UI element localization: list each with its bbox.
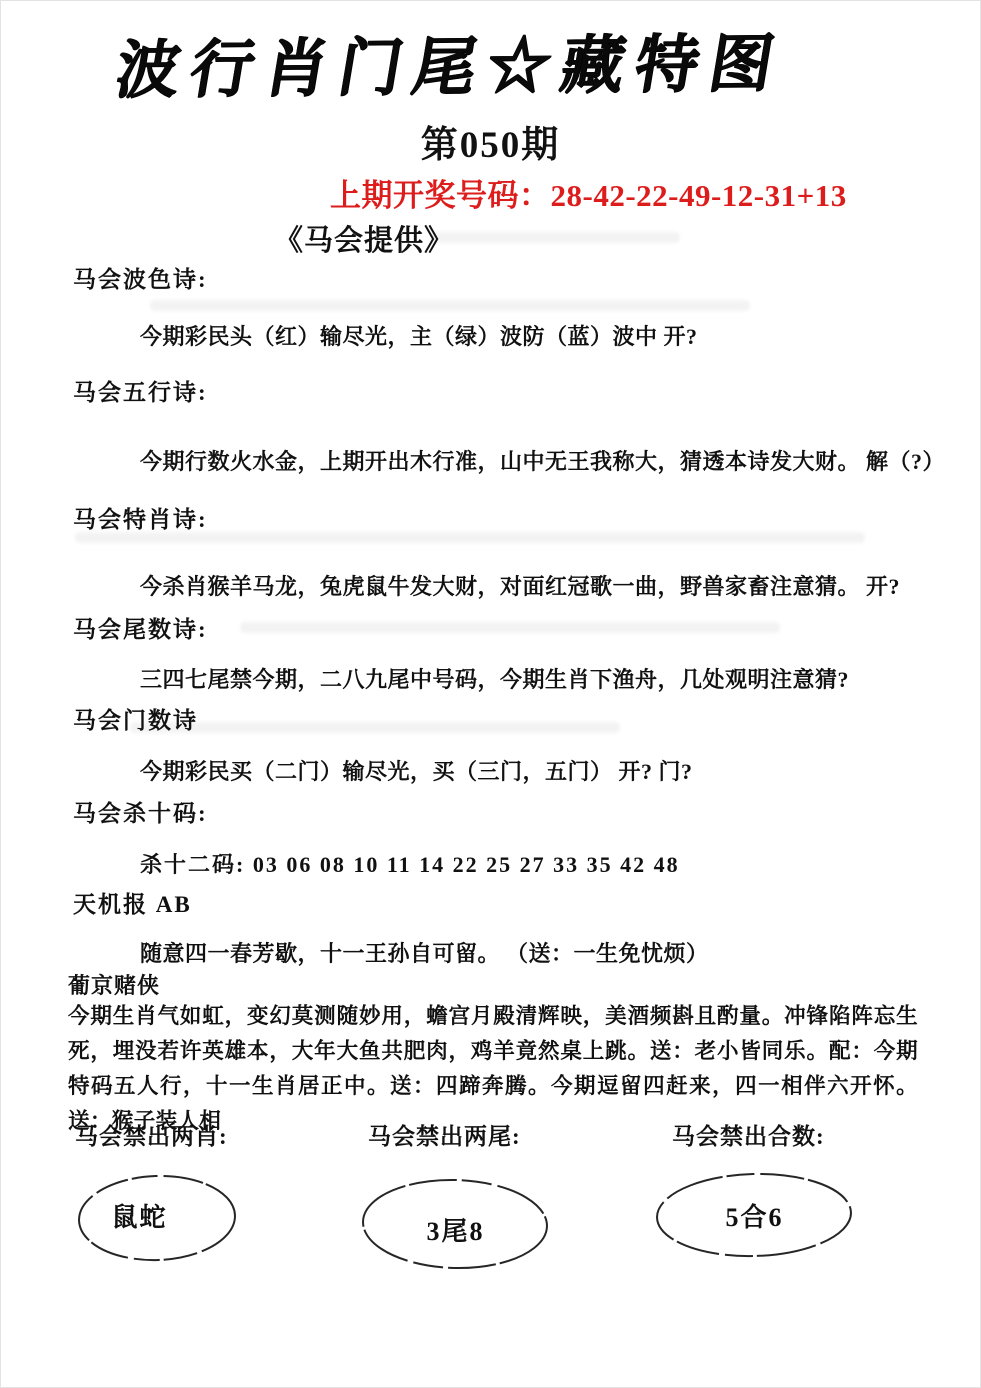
- ban-value-tails: 3尾8: [358, 1211, 553, 1248]
- ban-label-sum: 马会禁出合数:: [672, 1118, 825, 1151]
- section-poem-menshu: 今期彩民买（二门）输尽光，买（三门，五门） 开? 门?: [140, 755, 693, 786]
- last-draw-numbers: 上期开奖号码：28-42-22-49-12-31+13: [330, 170, 847, 215]
- scan-artifact: [240, 622, 780, 633]
- section-heading-tianji: 天机报 AB: [73, 886, 192, 919]
- section-heading-wuxing: 马会五行诗:: [73, 374, 208, 407]
- section-heading-shashima: 马会杀十码:: [73, 795, 208, 828]
- section-poem-wuxing: 今期行数火水金，上期开出木行准，山中无王我称大，猜透本诗发大财。 解（?）: [140, 445, 945, 476]
- ban-ellipse-zodiacs: 鼠蛇: [75, 1172, 240, 1264]
- ban-label-zodiacs: 马会禁出两肖:: [75, 1118, 228, 1151]
- ban-value-sum: 5合6: [652, 1197, 857, 1234]
- section-poem-weishu: 三四七尾禁今期，二八九尾中号码，今期生肖下渔舟，几处观明注意猜?: [140, 663, 849, 694]
- section-heading-texiao: 马会特肖诗:: [73, 501, 208, 534]
- page-title: 波行肖门尾☆藏特图: [110, 12, 826, 110]
- section-heading-menshu: 马会门数诗: [73, 702, 198, 735]
- section-poem-bose: 今期彩民头（红）输尽光，主（绿）波防（蓝）波中 开?: [140, 320, 698, 351]
- issue-number: 第050期: [0, 114, 981, 168]
- provider-label: 《马会提供》: [274, 218, 454, 259]
- section-heading-weishu: 马会尾数诗:: [73, 611, 208, 644]
- ban-ellipse-tails: 3尾8: [358, 1176, 553, 1272]
- section-poem-tianji: 随意四一春芳歇，十一王孙自可留。 （送：一生免忧烦）: [140, 937, 709, 968]
- section-heading-bose: 马会波色诗:: [73, 261, 208, 294]
- pujing-heading: 葡京赌侠: [68, 969, 160, 1000]
- ban-value-zodiacs: 鼠蛇: [57, 1197, 222, 1234]
- scan-artifact: [150, 300, 750, 311]
- tip-sheet-page: 波行肖门尾☆藏特图 第050期 上期开奖号码：28-42-22-49-12-31…: [0, 0, 981, 1388]
- scan-artifact: [130, 722, 620, 733]
- section-kill-numbers: 杀十二码: 03 06 08 10 11 14 22 25 27 33 35 4…: [140, 848, 680, 879]
- scan-artifact: [430, 232, 680, 243]
- ban-label-tails: 马会禁出两尾:: [368, 1118, 521, 1151]
- section-poem-texiao: 今杀肖猴羊马龙，兔虎鼠牛发大财，对面红冠歌一曲，野兽家畜注意猜。 开?: [140, 570, 900, 601]
- ban-ellipse-sum: 5合6: [652, 1170, 857, 1260]
